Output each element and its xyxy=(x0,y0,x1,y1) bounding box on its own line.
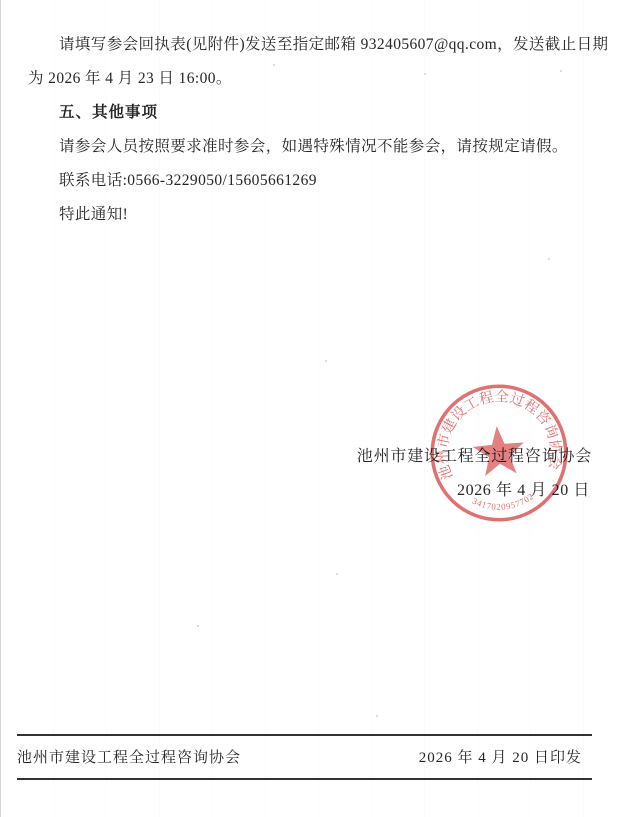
closing-line: 特此通知! xyxy=(28,198,592,232)
section-heading: 五、其他事项 xyxy=(28,96,592,130)
contact-line: 联系电话:0566-3229050/15605661269 xyxy=(28,164,592,198)
intro-line-1: 请填写参会回执表(见附件)发送至指定邮箱 932405607@qq.com，发送… xyxy=(28,28,592,62)
footer-org-name: 池州市建设工程全过程咨询协会 xyxy=(17,745,241,771)
scan-edge-artifact xyxy=(0,0,1,817)
scan-speck xyxy=(376,715,378,717)
notice-body: 请填写参会回执表(见附件)发送至指定邮箱 932405607@qq.com，发送… xyxy=(28,28,592,232)
scan-speck xyxy=(548,258,550,260)
intro-line-2: 为 2026 年 4 月 23 日 16:00。 xyxy=(28,62,592,96)
scan-speck xyxy=(197,625,199,627)
seal-number-holder: 3417020957702 xyxy=(470,490,537,514)
attendance-paragraph: 请参会人员按照要求准时参会，如遇特殊情况不能参会，请按规定请假。 xyxy=(28,130,592,164)
footer-rule-bottom xyxy=(17,778,592,780)
scanned-notice-page: 请填写参会回执表(见附件)发送至指定邮箱 932405607@qq.com，发送… xyxy=(0,0,617,817)
footer-row: 池州市建设工程全过程咨询协会 2026 年 4 月 20 日印发 xyxy=(17,745,592,771)
scan-speck xyxy=(273,64,275,66)
scan-speck xyxy=(336,573,338,575)
seal-number: 3417020957702 xyxy=(470,490,537,514)
official-seal: 池州市建设工程全过程咨询协会 3417020957702 xyxy=(422,376,576,530)
scan-speck xyxy=(325,360,327,362)
scan-speck xyxy=(560,70,562,72)
footer-rule-top xyxy=(17,734,592,736)
seal-star-icon xyxy=(471,424,526,477)
official-seal-graphic: 池州市建设工程全过程咨询协会 3417020957702 xyxy=(422,376,576,530)
footer-issue-date: 2026 年 4 月 20 日印发 xyxy=(419,745,592,771)
scan-speck xyxy=(424,73,426,75)
